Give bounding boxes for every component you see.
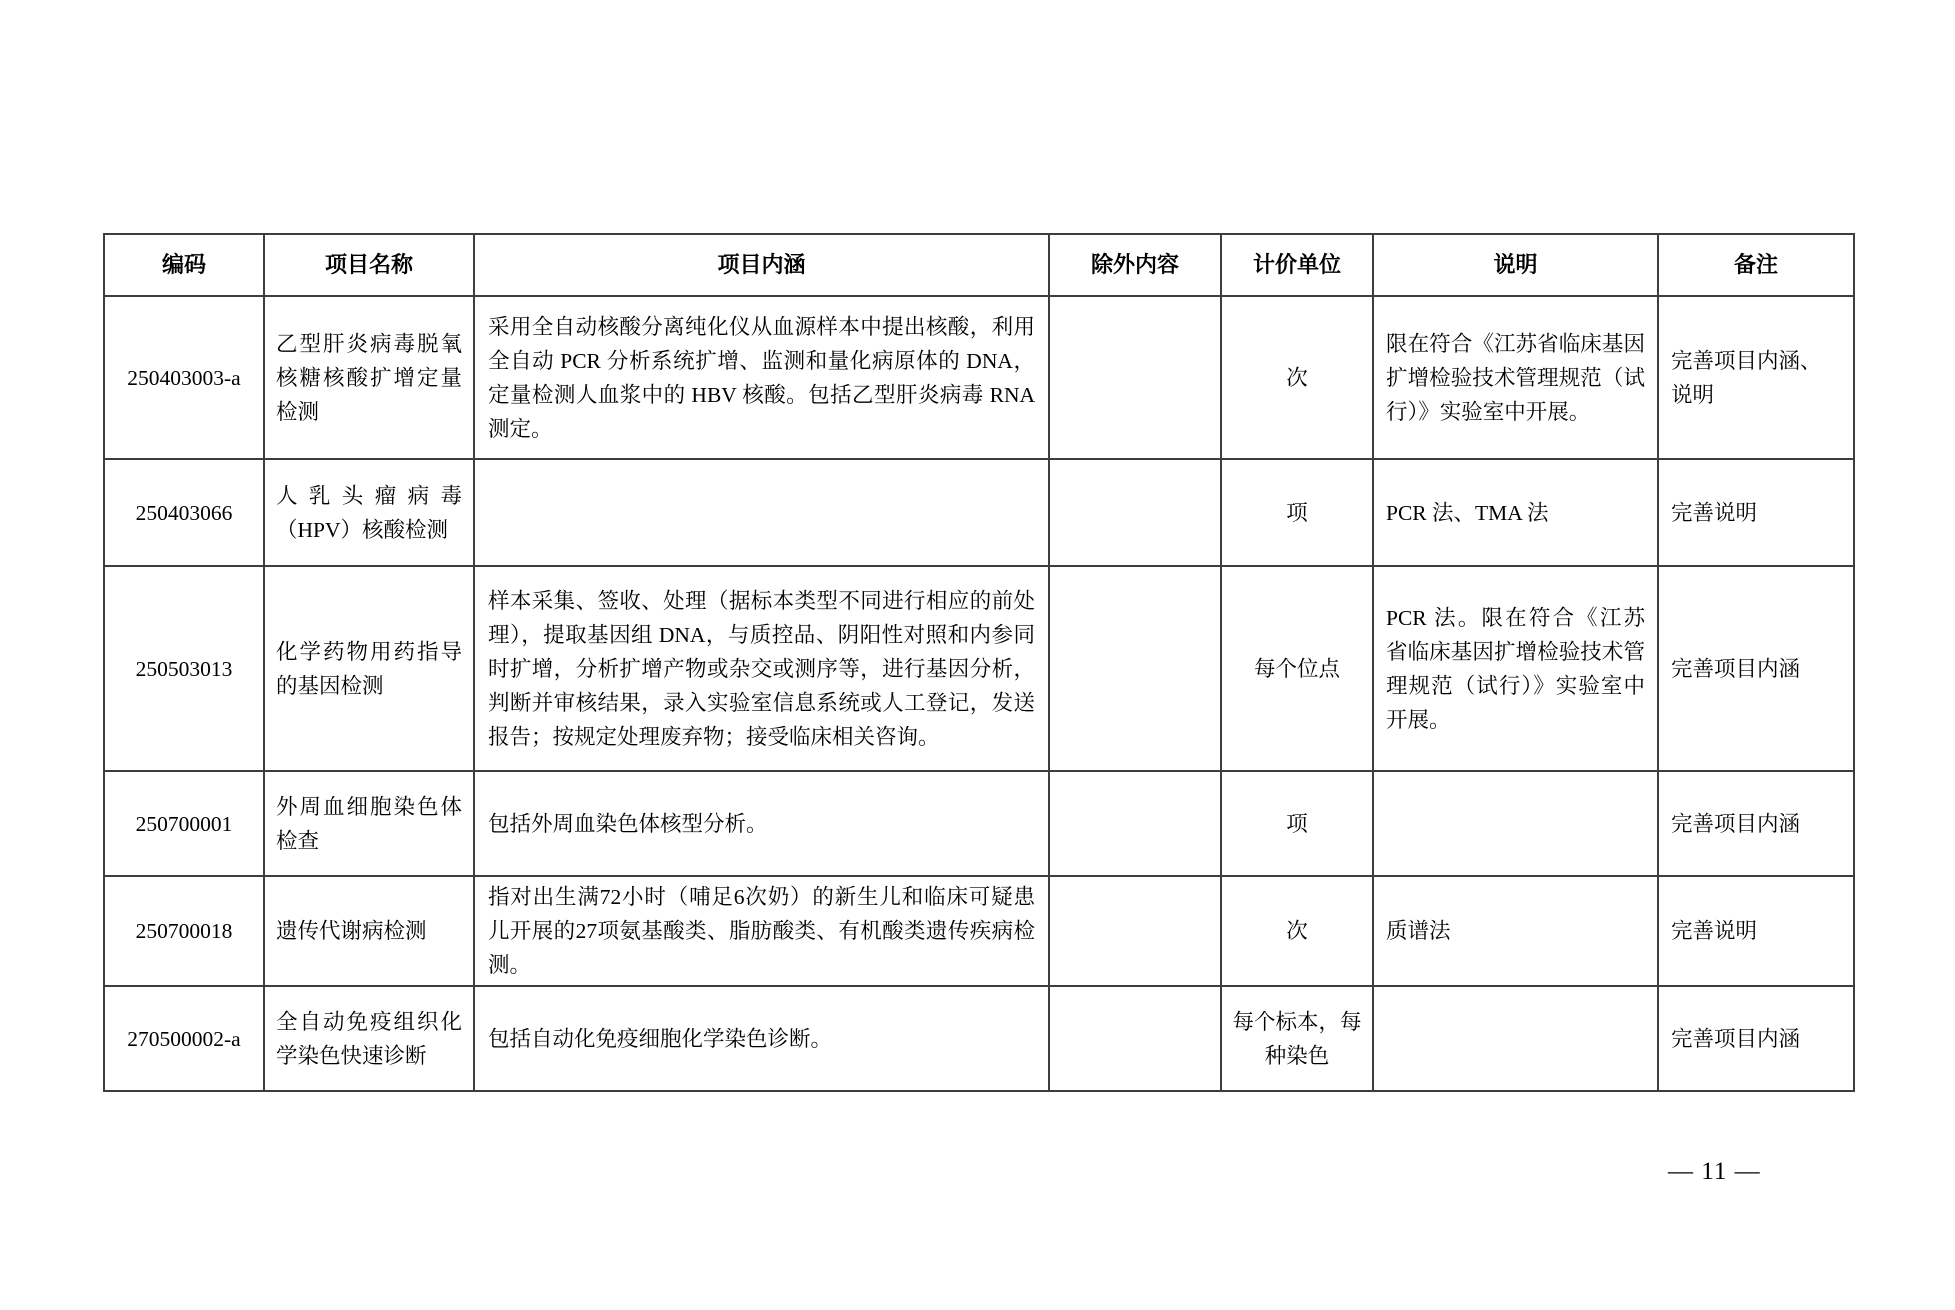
cell-name: 人乳头瘤病毒（HPV）核酸检测 [264,459,474,566]
cell-unit: 次 [1221,296,1373,459]
table-row: 270500002-a 全自动免疫组织化学染色快速诊断 包括自动化免疫细胞化学染… [104,986,1854,1091]
table-header-row: 编码 项目名称 项目内涵 除外内容 计价单位 说明 备注 [104,234,1854,296]
cell-excluded [1049,566,1221,771]
cell-unit: 项 [1221,771,1373,876]
table-row: 250700018 遗传代谢病检测 指对出生满72小时（哺足6次奶）的新生儿和临… [104,876,1854,986]
medical-items-table: 编码 项目名称 项目内涵 除外内容 计价单位 说明 备注 250403003-a… [103,233,1855,1092]
cell-content: 包括自动化免疫细胞化学染色诊断。 [474,986,1049,1091]
cell-remark: 完善说明 [1658,459,1854,566]
cell-name: 化学药物用药指导的基因检测 [264,566,474,771]
table-row: 250503013 化学药物用药指导的基因检测 样本采集、签收、处理（据标本类型… [104,566,1854,771]
cell-note [1373,986,1658,1091]
cell-content: 采用全自动核酸分离纯化仪从血源样本中提出核酸，利用全自动 PCR 分析系统扩增、… [474,296,1049,459]
cell-remark: 完善项目内涵 [1658,771,1854,876]
cell-excluded [1049,986,1221,1091]
cell-name: 乙型肝炎病毒脱氧核糖核酸扩增定量检测 [264,296,474,459]
cell-name: 外周血细胞染色体检查 [264,771,474,876]
column-header-name: 项目名称 [264,234,474,296]
page-number: — 11 — [1668,1158,1761,1186]
cell-name: 全自动免疫组织化学染色快速诊断 [264,986,474,1091]
cell-remark: 完善项目内涵、说明 [1658,296,1854,459]
cell-content: 样本采集、签收、处理（据标本类型不同进行相应的前处理），提取基因组 DNA，与质… [474,566,1049,771]
cell-remark: 完善说明 [1658,876,1854,986]
column-header-unit: 计价单位 [1221,234,1373,296]
cell-code: 250403066 [104,459,264,566]
cell-note: PCR 法、TMA 法 [1373,459,1658,566]
cell-code: 250700018 [104,876,264,986]
cell-remark: 完善项目内涵 [1658,986,1854,1091]
cell-note: 质谱法 [1373,876,1658,986]
cell-content: 包括外周血染色体核型分析。 [474,771,1049,876]
cell-code: 250503013 [104,566,264,771]
cell-name: 遗传代谢病检测 [264,876,474,986]
table-row: 250403066 人乳头瘤病毒（HPV）核酸检测 项 PCR 法、TMA 法 … [104,459,1854,566]
cell-excluded [1049,459,1221,566]
cell-remark: 完善项目内涵 [1658,566,1854,771]
cell-unit: 每个标本，每种染色 [1221,986,1373,1091]
cell-excluded [1049,296,1221,459]
cell-note: PCR 法。限在符合《江苏省临床基因扩增检验技术管理规范（试行）》实验室中开展。 [1373,566,1658,771]
cell-code: 250403003-a [104,296,264,459]
cell-content: 指对出生满72小时（哺足6次奶）的新生儿和临床可疑患儿开展的27项氨基酸类、脂肪… [474,876,1049,986]
cell-unit: 次 [1221,876,1373,986]
cell-code: 270500002-a [104,986,264,1091]
table-row: 250700001 外周血细胞染色体检查 包括外周血染色体核型分析。 项 完善项… [104,771,1854,876]
cell-content [474,459,1049,566]
cell-excluded [1049,876,1221,986]
cell-excluded [1049,771,1221,876]
column-header-remark: 备注 [1658,234,1854,296]
cell-note [1373,771,1658,876]
cell-unit: 项 [1221,459,1373,566]
cell-code: 250700001 [104,771,264,876]
column-header-excluded: 除外内容 [1049,234,1221,296]
column-header-note: 说明 [1373,234,1658,296]
column-header-content: 项目内涵 [474,234,1049,296]
cell-note: 限在符合《江苏省临床基因扩增检验技术管理规范（试行）》实验室中开展。 [1373,296,1658,459]
table-row: 250403003-a 乙型肝炎病毒脱氧核糖核酸扩增定量检测 采用全自动核酸分离… [104,296,1854,459]
column-header-code: 编码 [104,234,264,296]
cell-unit: 每个位点 [1221,566,1373,771]
